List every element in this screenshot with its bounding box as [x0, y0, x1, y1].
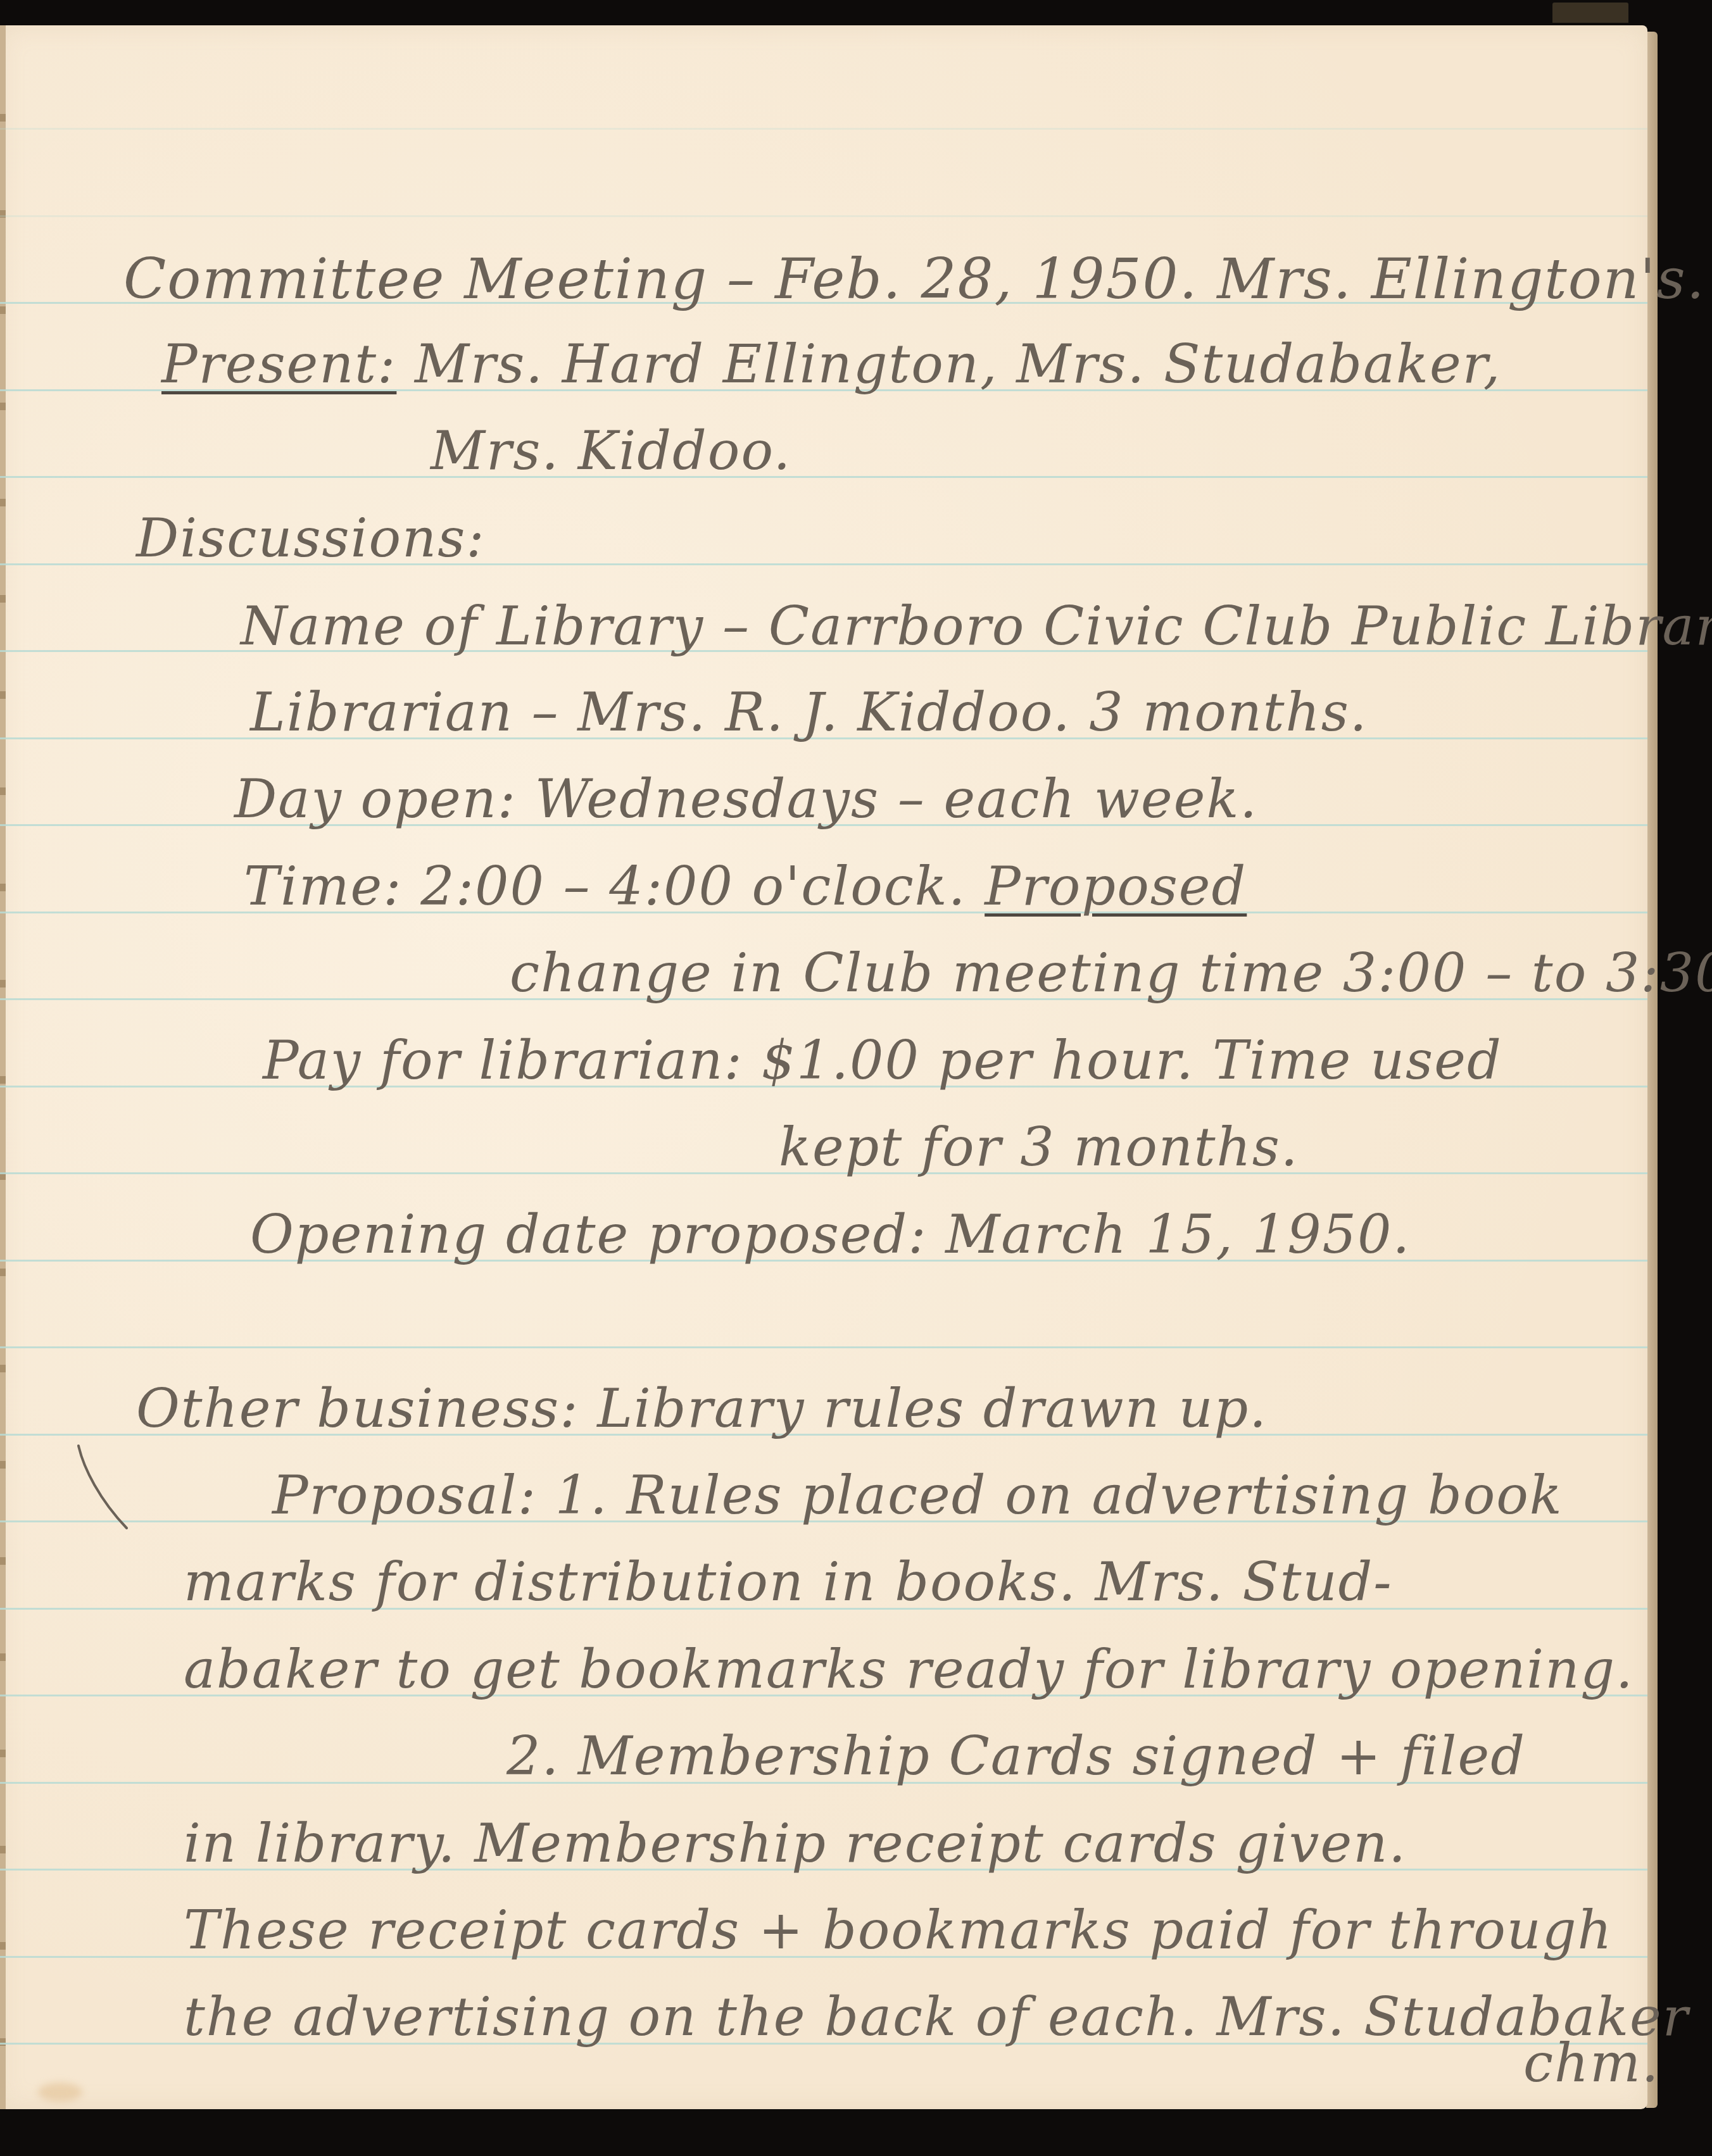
present-names: Mrs. Hard Ellington, Mrs. Studabaker, — [396, 333, 1501, 395]
proposal-1-cont-2: abaker to get bookmarks ready for librar… — [184, 1638, 1634, 1700]
opening-date: Opening date proposed: March 15, 1950. — [250, 1203, 1411, 1265]
proposal-line-1: Proposal: 1. Rules placed on advertising… — [272, 1469, 1563, 1522]
meeting-time-change-line: change in Club meeting time 3:00 – to 3:… — [510, 946, 1712, 1000]
day-open: Day open: Wednesdays – each week. — [234, 768, 1258, 830]
proposal-2-cont: in library. Membership receipt cards giv… — [184, 1812, 1407, 1874]
ruled-line — [0, 476, 1647, 478]
other-business: Other business: Library rules drawn up. — [136, 1377, 1268, 1439]
binding-strip — [0, 25, 6, 2109]
chairman-abbrev: chm. — [1523, 2032, 1660, 2094]
opening-date-line: Opening date proposed: March 15, 1950. — [250, 1208, 1411, 1261]
librarian: Librarian – Mrs. R. J. Kiddoo. 3 months. — [250, 681, 1368, 743]
pencil-mark-icon — [75, 1443, 151, 1532]
pay-line: Pay for librarian: $1.00 per hour. Time … — [263, 1034, 1502, 1087]
proposal-line-5: in library. Membership receipt cards giv… — [184, 1817, 1407, 1870]
notebook-tab — [1552, 3, 1628, 23]
present-names-cont: Mrs. Kiddoo. — [431, 420, 791, 482]
proposal-2: 2. Membership Cards signed + filed — [507, 1725, 1526, 1787]
meeting-title: Committee Meeting – Feb. 28, 1950. Mrs. … — [123, 246, 1706, 311]
notebook-page: Committee Meeting – Feb. 28, 1950. Mrs. … — [0, 25, 1647, 2109]
time-line: Time: 2:00 – 4:00 o'clock. Proposed — [244, 860, 1247, 913]
day-open-line: Day open: Wednesdays – each week. — [234, 772, 1258, 825]
proposal-line-6: These receipt cards + bookmarks paid for… — [184, 1903, 1613, 1957]
ruled-line — [0, 1346, 1647, 1348]
librarian-pay: Pay for librarian: $1.00 per hour. Time … — [263, 1029, 1502, 1091]
proposal-1-cont: marks for distribution in books. Mrs. St… — [184, 1551, 1393, 1613]
signature-title: chm. — [1523, 2036, 1660, 2090]
ruled-line — [0, 215, 1647, 217]
proposed-label: Proposed — [985, 855, 1247, 917]
proposal-2-cont-2: These receipt cards + bookmarks paid for… — [184, 1899, 1613, 1961]
library-name: Name of Library – Carrboro Civic Club Pu… — [241, 595, 1712, 657]
meeting-time-change: change in Club meeting time 3:00 – to 3:… — [510, 942, 1712, 1004]
discussions-heading: Discussions: — [136, 511, 486, 565]
present-label: Present: — [161, 333, 396, 395]
title-line: Committee Meeting – Feb. 28, 1950. Mrs. … — [123, 251, 1706, 307]
proposal-line-4: 2. Membership Cards signed + filed — [507, 1729, 1526, 1783]
page-edge — [1646, 32, 1658, 2108]
proposal-line-7: the advertising on the back of each. Mrs… — [184, 1990, 1689, 2043]
library-name-line: Name of Library – Carrboro Civic Club Pu… — [241, 599, 1712, 653]
ruled-line — [0, 128, 1647, 130]
paper-stain — [38, 2083, 82, 2102]
proposal-line-2: marks for distribution in books. Mrs. St… — [184, 1555, 1393, 1608]
discussions-label: Discussions: — [136, 507, 486, 569]
proposal-line-3: abaker to get bookmarks ready for librar… — [184, 1643, 1634, 1696]
present-line: Present: Mrs. Hard Ellington, Mrs. Studa… — [161, 337, 1501, 391]
librarian-pay-cont: kept for 3 months. — [779, 1116, 1299, 1178]
pay-line-cont: kept for 3 months. — [779, 1120, 1299, 1174]
present-line-cont: Mrs. Kiddoo. — [431, 424, 791, 477]
proposal-2-cont-3: the advertising on the back of each. Mrs… — [184, 1986, 1689, 2048]
other-business-line: Other business: Library rules drawn up. — [136, 1382, 1268, 1435]
librarian-line: Librarian – Mrs. R. J. Kiddoo. 3 months. — [250, 686, 1368, 739]
time-hours: Time: 2:00 – 4:00 o'clock. — [244, 855, 985, 917]
proposal-1: Proposal: 1. Rules placed on advertising… — [272, 1464, 1563, 1526]
